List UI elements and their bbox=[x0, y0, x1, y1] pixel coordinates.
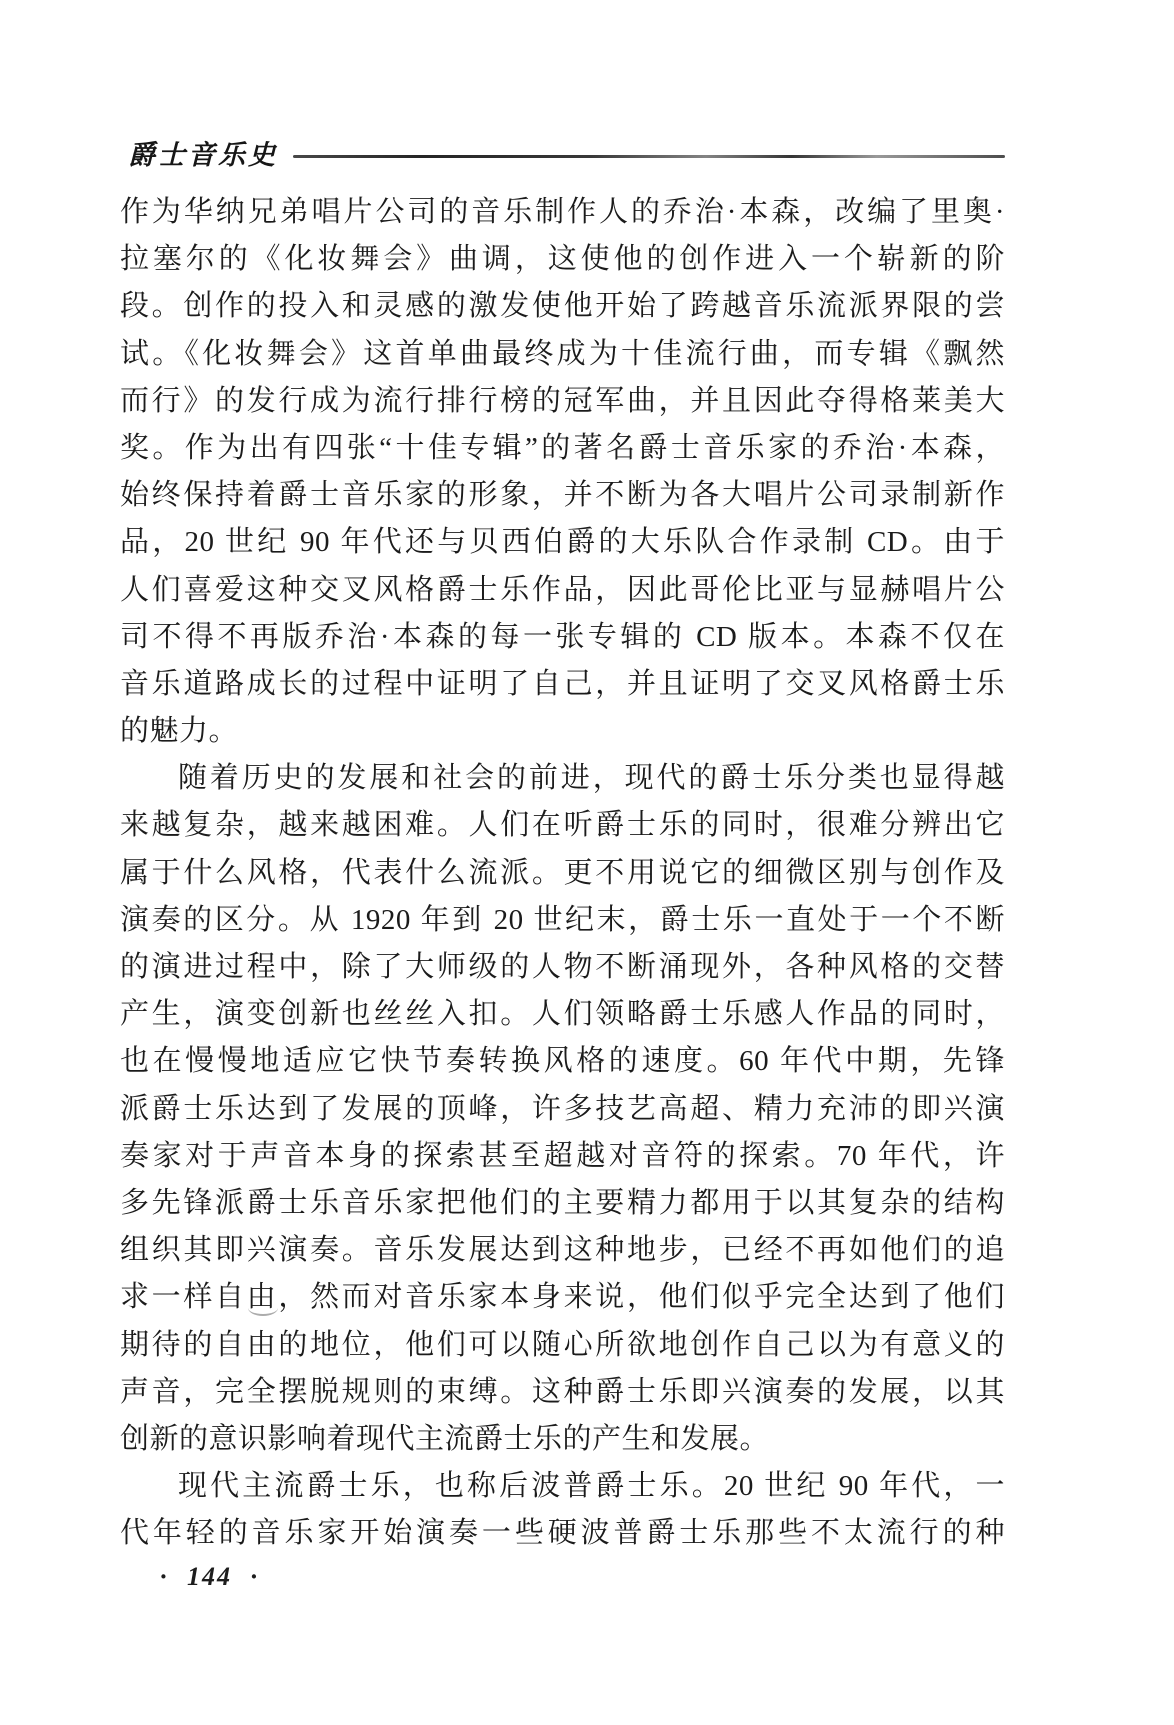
text-line-paragraph-start: 随着历史的发展和社会的前进，现代的爵士乐分类也显得越 bbox=[120, 755, 1005, 802]
page-number: · 144 · bbox=[160, 1562, 259, 1592]
text-line: 作为华纳兄弟唱片公司的音乐制作人的乔治·本森，改编了里奥· bbox=[120, 189, 1005, 236]
text-line: 也在慢慢地适应它快节奏转换风格的速度。60 年代中期，先锋 bbox=[120, 1038, 1005, 1085]
pencil-mark bbox=[248, 1300, 278, 1316]
header-rule bbox=[293, 155, 1005, 158]
text-line: 组织其即兴演奏。音乐发展达到这种地步，已经不再如他们的追 bbox=[120, 1227, 1005, 1274]
text-line: 拉塞尔的《化妆舞会》曲调，这使他的创作进入一个崭新的阶 bbox=[120, 236, 1005, 283]
running-header-title: 爵士音乐史 bbox=[128, 133, 278, 172]
text-line-paragraph-start: 现代主流爵士乐，也称后波普爵士乐。20 世纪 90 年代，一 bbox=[120, 1463, 1005, 1510]
text-line-paragraph-end: 的魅力。 bbox=[120, 708, 1005, 755]
text-line: 声音，完全摆脱规则的束缚。这种爵士乐即兴演奏的发展，以其 bbox=[120, 1369, 1005, 1416]
text-line: 音乐道路成长的过程中证明了自己，并且证明了交叉风格爵士乐 bbox=[120, 661, 1005, 708]
text-line: 奏家对于声音本身的探索甚至超越对音符的探索。70 年代，许 bbox=[120, 1133, 1005, 1180]
text-line: 演奏的区分。从 1920 年到 20 世纪末，爵士乐一直处于一个不断 bbox=[120, 897, 1005, 944]
text-line: 始终保持着爵士音乐家的形象，并不断为各大唱片公司录制新作 bbox=[120, 472, 1005, 519]
text-line: 产生，演变创新也丝丝入扣。人们领略爵士乐感人作品的同时， bbox=[120, 991, 1005, 1038]
text-line: 属于什么风格，代表什么流派。更不用说它的细微区别与创作及 bbox=[120, 850, 1005, 897]
text-line: 求一样自由，然而对音乐家本身来说，他们似乎完全达到了他们 bbox=[120, 1274, 1005, 1321]
book-page: 爵士音乐史 作为华纳兄弟唱片公司的音乐制作人的乔治·本森，改编了里奥· 拉塞尔的… bbox=[0, 0, 1174, 1725]
text-line: 试。《化妆舞会》这首单曲最终成为十佳流行曲，而专辑《飘然 bbox=[120, 331, 1005, 378]
text-line: 段。创作的投入和灵感的激发使他开始了跨越音乐流派界限的尝 bbox=[120, 283, 1005, 330]
text-line: 代年轻的音乐家开始演奏一些硬波普爵士乐那些不太流行的种 bbox=[120, 1510, 1005, 1557]
text-line: 奖。作为出有四张“十佳专辑”的著名爵士音乐家的乔治·本森， bbox=[120, 425, 1005, 472]
text-line: 来越复杂，越来越困难。人们在听爵士乐的同时，很难分辨出它 bbox=[120, 802, 1005, 849]
text-line: 多先锋派爵士乐音乐家把他们的主要精力都用于以其复杂的结构 bbox=[120, 1180, 1005, 1227]
text-line: 司不得不再版乔治·本森的每一张专辑的 CD 版本。本森不仅在 bbox=[120, 614, 1005, 661]
text-line: 而行》的发行成为流行排行榜的冠军曲，并且因此夺得格莱美大 bbox=[120, 378, 1005, 425]
text-line: 期待的自由的地位，他们可以随心所欲地创作自己以为有意义的 bbox=[120, 1322, 1005, 1369]
text-line-paragraph-end: 创新的意识影响着现代主流爵士乐的产生和发展。 bbox=[120, 1416, 1005, 1463]
text-line: 的演进过程中，除了大师级的人物不断涌现外，各种风格的交替 bbox=[120, 944, 1005, 991]
text-line: 品，20 世纪 90 年代还与贝西伯爵的大乐队合作录制 CD。由于 bbox=[120, 519, 1005, 566]
text-line: 人们喜爱这种交叉风格爵士乐作品，因此哥伦比亚与显赫唱片公 bbox=[120, 567, 1005, 614]
body-text: 作为华纳兄弟唱片公司的音乐制作人的乔治·本森，改编了里奥· 拉塞尔的《化妆舞会》… bbox=[120, 189, 1005, 1557]
text-line: 派爵士乐达到了发展的顶峰，许多技艺高超、精力充沛的即兴演 bbox=[120, 1086, 1005, 1133]
